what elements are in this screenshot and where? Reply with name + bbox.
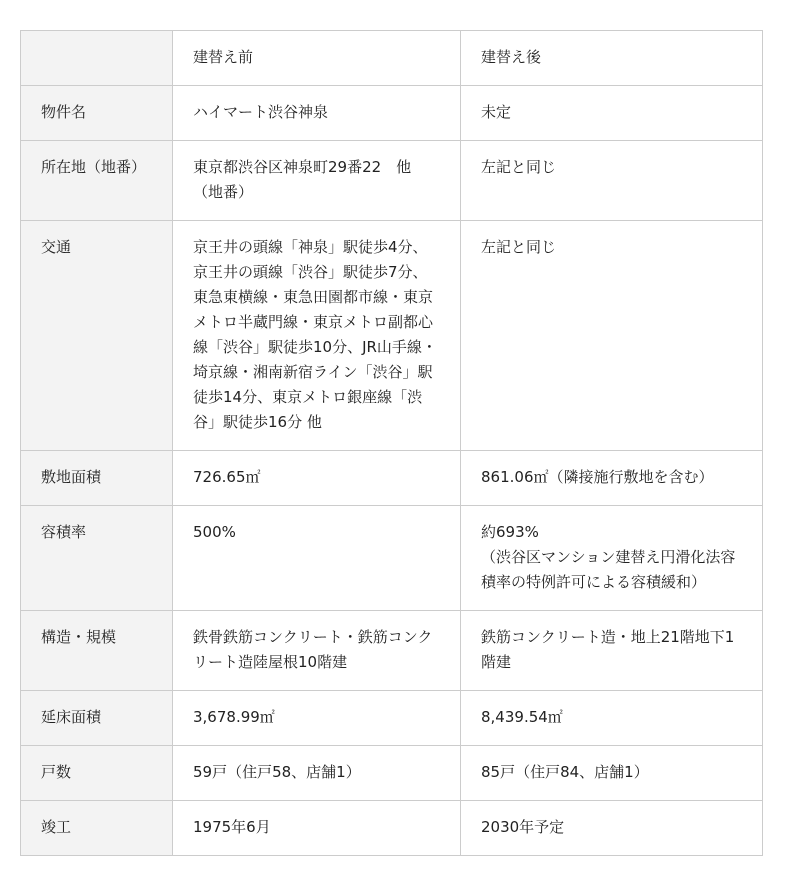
completion-before: 1975年6月 bbox=[173, 801, 461, 856]
table-row: 容積率 500% 約693% （渋谷区マンション建替え円滑化法容積率の特例許可に… bbox=[21, 506, 763, 611]
row-label-site-area: 敷地面積 bbox=[21, 451, 173, 506]
total-floor-area-before: 3,678.99㎡ bbox=[173, 691, 461, 746]
location-after: 左記と同じ bbox=[461, 141, 763, 221]
table-header-row: 建替え前 建替え後 bbox=[21, 31, 763, 86]
header-before: 建替え前 bbox=[173, 31, 461, 86]
row-label-completion: 竣工 bbox=[21, 801, 173, 856]
units-after: 85戸（住戸84、店舗1） bbox=[461, 746, 763, 801]
row-label-location: 所在地（地番） bbox=[21, 141, 173, 221]
location-before: 東京都渋谷区神泉町29番22 他（地番） bbox=[173, 141, 461, 221]
table-row: 竣工 1975年6月 2030年予定 bbox=[21, 801, 763, 856]
header-after: 建替え後 bbox=[461, 31, 763, 86]
table-row: 物件名 ハイマート渋谷神泉 未定 bbox=[21, 86, 763, 141]
table-row: 構造・規模 鉄骨鉄筋コンクリート・鉄筋コンクリート造陸屋根10階建 鉄筋コンクリ… bbox=[21, 611, 763, 691]
completion-after: 2030年予定 bbox=[461, 801, 763, 856]
row-label-access: 交通 bbox=[21, 221, 173, 451]
floor-area-ratio-before: 500% bbox=[173, 506, 461, 611]
comparison-table: 建替え前 建替え後 物件名 ハイマート渋谷神泉 未定 所在地（地番） 東京都渋谷… bbox=[20, 30, 763, 856]
access-after: 左記と同じ bbox=[461, 221, 763, 451]
row-label-structure: 構造・規模 bbox=[21, 611, 173, 691]
table-row: 戸数 59戸（住戸58、店舗1） 85戸（住戸84、店舗1） bbox=[21, 746, 763, 801]
row-label-floor-area-ratio: 容積率 bbox=[21, 506, 173, 611]
structure-before: 鉄骨鉄筋コンクリート・鉄筋コンクリート造陸屋根10階建 bbox=[173, 611, 461, 691]
units-before: 59戸（住戸58、店舗1） bbox=[173, 746, 461, 801]
table-row: 交通 京王井の頭線「神泉」駅徒歩4分、京王井の頭線「渋谷」駅徒歩7分、東急東横線… bbox=[21, 221, 763, 451]
property-name-before: ハイマート渋谷神泉 bbox=[173, 86, 461, 141]
total-floor-area-after: 8,439.54㎡ bbox=[461, 691, 763, 746]
structure-after: 鉄筋コンクリート造・地上21階地下1階建 bbox=[461, 611, 763, 691]
site-area-before: 726.65㎡ bbox=[173, 451, 461, 506]
floor-area-ratio-after-note: （渋谷区マンション建替え円滑化法容積率の特例許可による容積緩和） bbox=[481, 545, 742, 595]
table-row: 所在地（地番） 東京都渋谷区神泉町29番22 他（地番） 左記と同じ bbox=[21, 141, 763, 221]
table-row: 敷地面積 726.65㎡ 861.06㎡（隣接施行敷地を含む） bbox=[21, 451, 763, 506]
table-row: 延床面積 3,678.99㎡ 8,439.54㎡ bbox=[21, 691, 763, 746]
row-label-property-name: 物件名 bbox=[21, 86, 173, 141]
row-label-total-floor-area: 延床面積 bbox=[21, 691, 173, 746]
site-area-after: 861.06㎡（隣接施行敷地を含む） bbox=[461, 451, 763, 506]
floor-area-ratio-after: 約693% （渋谷区マンション建替え円滑化法容積率の特例許可による容積緩和） bbox=[461, 506, 763, 611]
access-before: 京王井の頭線「神泉」駅徒歩4分、京王井の頭線「渋谷」駅徒歩7分、東急東横線・東急… bbox=[173, 221, 461, 451]
floor-area-ratio-after-value: 約693% bbox=[481, 520, 742, 545]
property-name-after: 未定 bbox=[461, 86, 763, 141]
header-blank-cell bbox=[21, 31, 173, 86]
row-label-units: 戸数 bbox=[21, 746, 173, 801]
